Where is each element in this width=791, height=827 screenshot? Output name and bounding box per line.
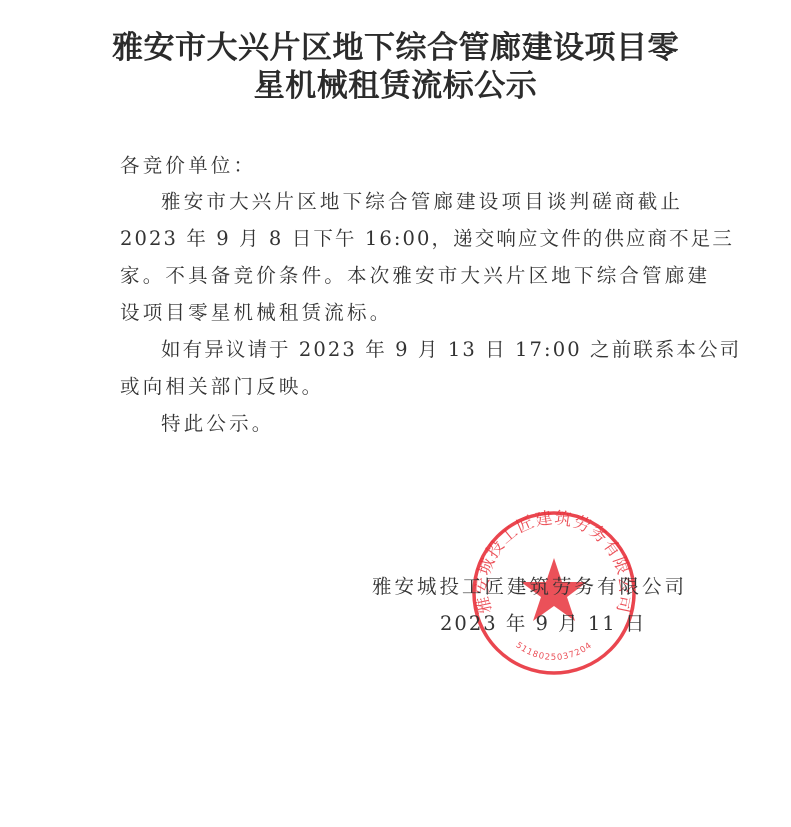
body-line-7: 特此公示。 (161, 408, 275, 436)
body-line-1: 雅安市大兴片区地下综合管廊建设项目谈判磋商截止 (161, 186, 683, 214)
body-line-4: 设项目零星机械租赁流标。 (120, 297, 392, 325)
svg-text:5118025037204: 5118025037204 (514, 640, 595, 663)
salutation: 各竞价单位： (120, 150, 256, 178)
signature-date: 2023 年 9 月 11 日 (440, 608, 646, 636)
body-line-6: 或向相关部门反映。 (120, 371, 324, 399)
body-line-3: 家。不具备竞价条件。本次雅安市大兴片区地下综合管廊建 (120, 260, 710, 288)
body-line-2: 2023 年 9 月 8 日下午 16:00，递交响应文件的供应商不足三 (120, 223, 734, 251)
title-line-2: 星机械租赁流标公示 (0, 60, 791, 105)
body-line-5: 如有异议请于 2023 年 9 月 13 日 17:00 之前联系本公司 (161, 334, 741, 362)
signature-company: 雅安城投工匠建筑劳务有限公司 (372, 571, 687, 599)
